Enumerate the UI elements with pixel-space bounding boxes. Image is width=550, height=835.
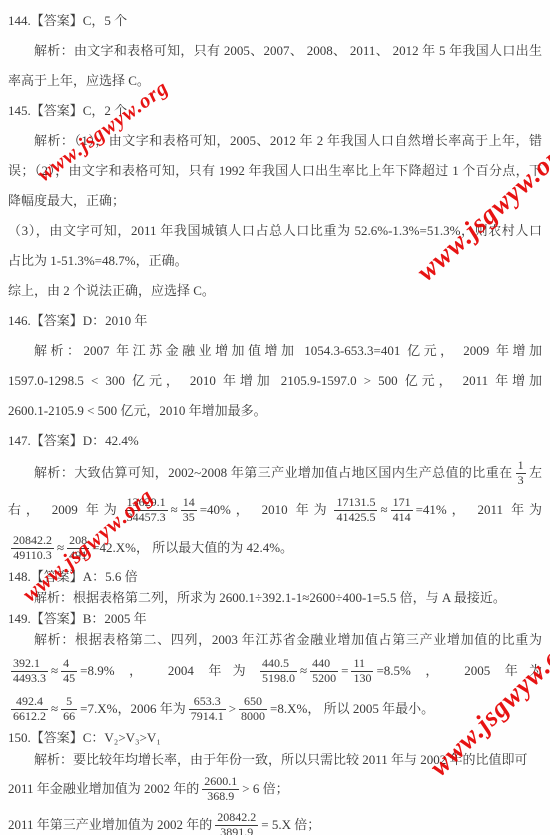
text-line: 2011 年金融业增加值为 2002 年的2600.1368.9> 6 倍； xyxy=(8,771,542,807)
text-run: 左 xyxy=(529,465,542,480)
fraction-denominator: 41425.5 xyxy=(334,511,377,524)
text-run: 2011 年第三产业增加值为 2002 年的 xyxy=(8,817,212,832)
fraction-denominator: 35 xyxy=(181,511,197,524)
fraction: 13 xyxy=(516,459,526,487)
fraction-numerator: 11 xyxy=(351,657,373,671)
text-line: 148.【答案】A：5.6 倍 xyxy=(8,566,542,587)
fraction-numerator: 13629.1 xyxy=(125,496,168,510)
fraction-denominator: 5198.0 xyxy=(260,672,297,685)
fraction-denominator: 368.9 xyxy=(202,790,239,803)
fraction: 208491 xyxy=(67,534,89,562)
text-run: ≈ xyxy=(380,502,387,517)
text-line: 解析：根据表格第二列，所求为 2600.1÷392.1-1≈2600÷400-1… xyxy=(8,587,542,608)
text-run: = xyxy=(341,663,348,678)
text-line: 右， 2009 年为13629.134457.3≈1435=40%， 2010 … xyxy=(8,490,542,530)
text-line: 392.14493.3≈445=8.9% ， 2004 年为440.55198.… xyxy=(8,651,542,691)
text-run: > xyxy=(229,701,236,716)
text-line: 2600.1-2105.9 < 500 亿元，2010 年增加最多。 xyxy=(8,396,542,426)
text-line: 144.【答案】C，5 个 xyxy=(8,6,542,36)
text-run: 2011 年金融业增加值为 2002 年的 xyxy=(8,781,199,796)
text-run: 占比为 1-51.3%=48.7%，正确。 xyxy=(8,253,188,268)
fraction-numerator: 492.4 xyxy=(11,695,48,709)
text-run: 144.【答案】C，5 个 xyxy=(8,13,127,28)
fraction-denominator: 4493.3 xyxy=(11,672,48,685)
fraction-denominator: 34457.3 xyxy=(125,511,168,524)
text-run: ≈ xyxy=(300,663,307,678)
text-line: 149.【答案】B：2005 年 xyxy=(8,608,542,629)
text-run: =8.X%， 所以 2005 年最小。 xyxy=(270,701,434,716)
fraction-denominator: 8000 xyxy=(239,710,267,723)
text-line: 综上，由 2 个说法正确，应选择 C。 xyxy=(8,276,542,306)
text-run: 1597.0-1298.5 < 300 亿元， 2010 年增加 2105.9-… xyxy=(8,373,542,388)
fraction-denominator: 7914.1 xyxy=(189,710,226,723)
fraction: 20842.249110.3 xyxy=(11,534,54,562)
text-run: 解析：（1），由文字和表格可知，2005、2012 年 2 年我国人口自然增长率… xyxy=(34,133,542,148)
fraction-numerator: 20842.2 xyxy=(11,534,54,548)
text-run: 解析：要比较年均增长率，由于年份一致，所以只需比较 2011 年与 2002 年… xyxy=(34,752,528,767)
text-run: ≈ xyxy=(51,701,58,716)
fraction-denominator: 414 xyxy=(391,511,413,524)
text-line: 1597.0-1298.5 < 300 亿元， 2010 年增加 2105.9-… xyxy=(8,366,542,396)
answer-key-text: 144.【答案】C，5 个解析：由文字和表格可知，只有 2005、2007、 2… xyxy=(8,6,542,835)
text-run: =40%， 2010 年为 xyxy=(200,502,332,517)
text-run: 误；（2），由文字和表格可知，只有 1992 年我国人口出生率比上年下降超过 1… xyxy=(8,163,542,178)
text-line: 147.【答案】D：42.4% xyxy=(8,426,542,456)
text-line: 解析：要比较年均增长率，由于年份一致，所以只需比较 2011 年与 2002 年… xyxy=(8,749,542,771)
document-page: 144.【答案】C，5 个解析：由文字和表格可知，只有 2005、2007、 2… xyxy=(0,0,550,835)
fraction: 2600.1368.9 xyxy=(202,775,239,803)
text-run: 解析：根据表格第二、四列，2003 年江苏省金融业增加值占第三产业增加值的比重为 xyxy=(34,632,542,647)
text-run: 146.【答案】D：2010 年 xyxy=(8,313,147,328)
text-run: 解析：2007 年江苏金融业增加值增加 1054.3-653.3=401 亿元，… xyxy=(34,343,542,358)
text-line: 降幅度最大，正确； xyxy=(8,186,542,216)
fraction: 440.55198.0 xyxy=(260,657,297,685)
text-run: =8.5% ， 2005 年为 xyxy=(376,663,542,678)
text-run: =8.9% ， 2004 年为 xyxy=(80,663,257,678)
text-run: ≈ xyxy=(57,540,64,555)
fraction: 13629.134457.3 xyxy=(125,496,168,524)
text-line: 146.【答案】D：2010 年 xyxy=(8,306,542,336)
fraction-numerator: 653.3 xyxy=(189,695,226,709)
fraction-denominator: 66 xyxy=(61,710,77,723)
fraction: 17131.541425.5 xyxy=(334,496,377,524)
fraction-numerator: 17131.5 xyxy=(334,496,377,510)
text-line: 占比为 1-51.3%=48.7%，正确。 xyxy=(8,246,542,276)
text-line: 解析：大致估算可知，2002~2008 年第三产业增加值占地区国内生产总值的比重… xyxy=(8,456,542,490)
fraction-denominator: 45 xyxy=(61,672,77,685)
fraction: 6508000 xyxy=(239,695,267,723)
text-line: 误；（2），由文字和表格可知，只有 1992 年我国人口出生率比上年下降超过 1… xyxy=(8,156,542,186)
text-line: 20842.249110.3≈208491=42.X%， 所以最大值的为 42.… xyxy=(8,530,542,566)
fraction-numerator: 208 xyxy=(67,534,89,548)
text-run: 右， 2009 年为 xyxy=(8,502,122,517)
fraction: 492.46612.2 xyxy=(11,695,48,723)
fraction-numerator: 5 xyxy=(61,695,77,709)
fraction: 653.37914.1 xyxy=(189,695,226,723)
fraction: 566 xyxy=(61,695,77,723)
text-run: ≈ xyxy=(171,502,178,517)
fraction-numerator: 440 xyxy=(310,657,338,671)
text-line: 解析：根据表格第二、四列，2003 年江苏省金融业增加值占第三产业增加值的比重为 xyxy=(8,629,542,651)
text-line: 解析：2007 年江苏金融业增加值增加 1054.3-653.3=401 亿元，… xyxy=(8,336,542,366)
text-run: （3），由文字可知，2011 年我国城镇人口占总人口比重为 52.6%-1.3%… xyxy=(8,223,542,238)
fraction-denominator: 6612.2 xyxy=(11,710,48,723)
text-run: 149.【答案】B：2005 年 xyxy=(8,611,147,626)
text-run: ≈ xyxy=(51,663,58,678)
text-line: 解析：（1），由文字和表格可知，2005、2012 年 2 年我国人口自然增长率… xyxy=(8,126,542,156)
fraction-denominator: 49110.3 xyxy=(11,549,54,562)
text-run: 解析：由文字和表格可知，只有 2005、2007、 2008、 2011、 20… xyxy=(34,43,542,58)
text-run: =41%， 2011 年为 xyxy=(416,502,542,517)
fraction-numerator: 2600.1 xyxy=(202,775,239,789)
text-run: = 5.X 倍； xyxy=(261,817,320,832)
fraction: 392.14493.3 xyxy=(11,657,48,685)
fraction: 1435 xyxy=(181,496,197,524)
fraction-numerator: 1 xyxy=(516,459,526,473)
fraction-denominator: 3 xyxy=(516,474,526,487)
fraction: 445 xyxy=(61,657,77,685)
fraction-numerator: 171 xyxy=(391,496,413,510)
fraction-denominator: 3891.9 xyxy=(215,826,258,835)
fraction: 20842.23891.9 xyxy=(215,811,258,835)
text-line: 150.【答案】C：V₂>V₃>V₁ xyxy=(8,727,542,749)
fraction-numerator: 440.5 xyxy=(260,657,297,671)
text-line: 解析：由文字和表格可知，只有 2005、2007、 2008、 2011、 20… xyxy=(8,36,542,66)
text-run: 145.【答案】C，2 个 xyxy=(8,103,127,118)
fraction-denominator: 130 xyxy=(351,672,373,685)
text-line: （3），由文字可知，2011 年我国城镇人口占总人口比重为 52.6%-1.3%… xyxy=(8,216,542,246)
text-line: 492.46612.2≈566=7.X%，2006 年为653.37914.1>… xyxy=(8,691,542,727)
fraction: 11130 xyxy=(351,657,373,685)
text-run: =42.X%， 所以最大值的为 42.4%。 xyxy=(92,540,293,555)
text-run: 2600.1-2105.9 < 500 亿元，2010 年增加最多。 xyxy=(8,403,267,418)
text-run: 解析：根据表格第二列，所求为 2600.1÷392.1-1≈2600÷400-1… xyxy=(34,590,506,605)
text-line: 率高于上年，应选择 C。 xyxy=(8,66,542,96)
text-run: 解析：大致估算可知，2002~2008 年第三产业增加值占地区国内生产总值的比重… xyxy=(34,465,513,480)
fraction: 4405200 xyxy=(310,657,338,685)
text-run: 147.【答案】D：42.4% xyxy=(8,433,139,448)
text-line: 2011 年第三产业增加值为 2002 年的20842.23891.9= 5.X… xyxy=(8,807,542,835)
text-line: 145.【答案】C，2 个 xyxy=(8,96,542,126)
text-run: > 6 倍； xyxy=(242,781,288,796)
text-run: 148.【答案】A：5.6 倍 xyxy=(8,569,138,584)
text-run: 率高于上年，应选择 C。 xyxy=(8,73,150,88)
fraction: 171414 xyxy=(391,496,413,524)
fraction-numerator: 4 xyxy=(61,657,77,671)
fraction-denominator: 5200 xyxy=(310,672,338,685)
text-run: =7.X%，2006 年为 xyxy=(80,701,186,716)
fraction-numerator: 20842.2 xyxy=(215,811,258,825)
fraction-numerator: 392.1 xyxy=(11,657,48,671)
fraction-numerator: 650 xyxy=(239,695,267,709)
text-run: 150.【答案】C：V₂>V₃>V₁ xyxy=(8,730,161,745)
fraction-denominator: 491 xyxy=(67,549,89,562)
fraction-numerator: 14 xyxy=(181,496,197,510)
text-run: 降幅度最大，正确； xyxy=(8,193,125,208)
text-run: 综上，由 2 个说法正确，应选择 C。 xyxy=(8,283,215,298)
